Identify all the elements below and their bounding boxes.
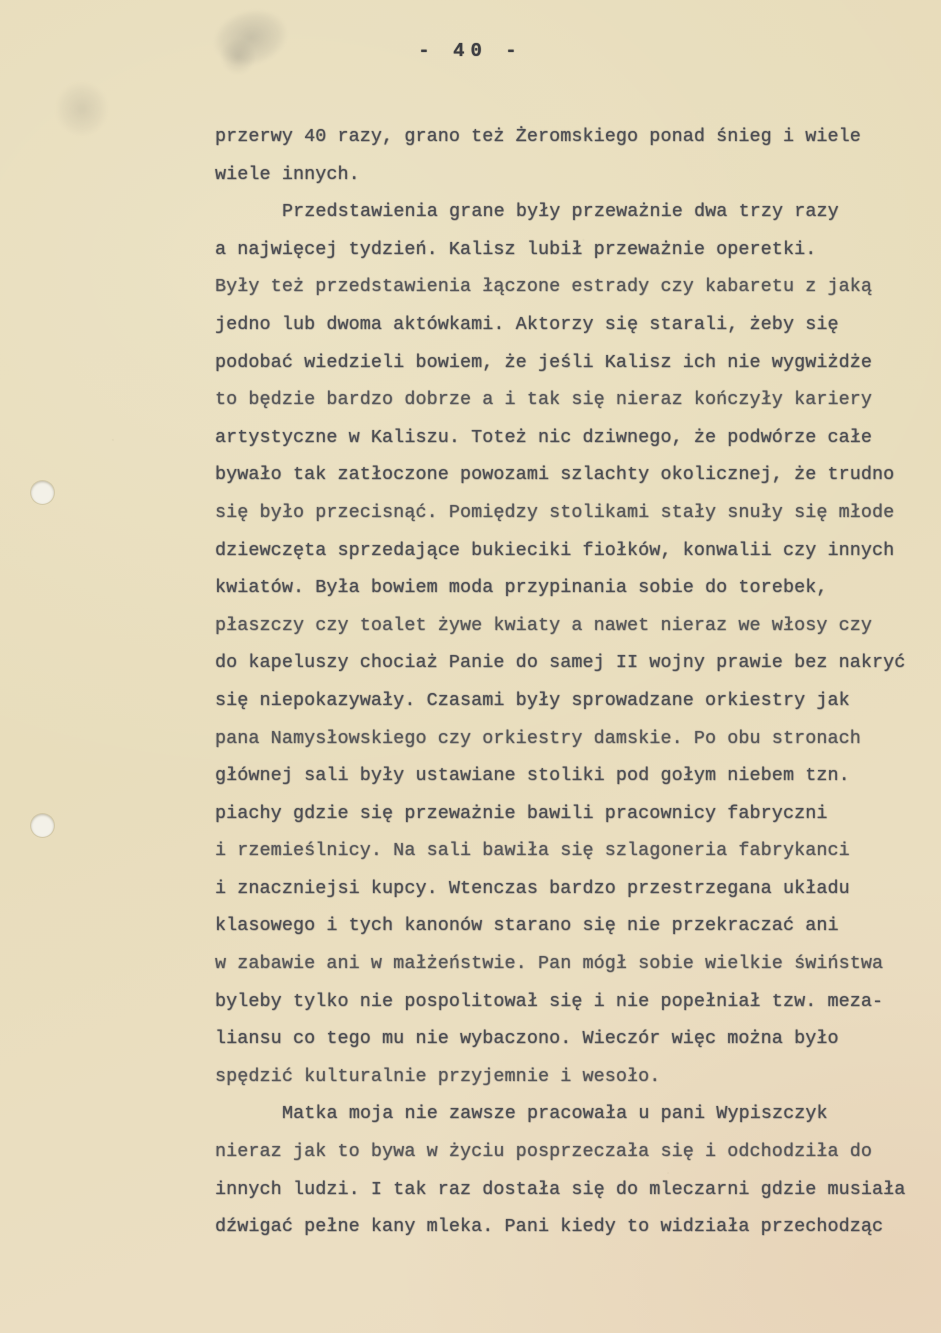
text-line: Matka moja nie zawsze pracowała u pani W… <box>215 1095 895 1133</box>
text-line: się niepokazywały. Czasami były sprowadz… <box>215 682 895 720</box>
text-line: artystyczne w Kaliszu. Toteż nic dziwneg… <box>215 419 895 457</box>
text-line: wiele innych. <box>215 156 895 194</box>
text-line: przerwy 40 razy, grano też Żeromskiego p… <box>215 118 895 156</box>
text-line: bywało tak zatłoczone powozami szlachty … <box>215 456 895 494</box>
text-line: kwiatów. Była bowiem moda przypinania so… <box>215 569 895 607</box>
text-line: w zabawie ani w małżeństwie. Pan mógł so… <box>215 945 895 983</box>
text-line: piachy gdzie się przeważnie bawili praco… <box>215 795 895 833</box>
paper-stain <box>52 78 112 140</box>
text-line: płaszczy czy toalet żywe kwiaty a nawet … <box>215 607 895 645</box>
text-line: i znaczniejsi kupcy. Wtenczas bardzo prz… <box>215 870 895 908</box>
text-line: do kapeluszy chociaż Panie do samej II w… <box>215 644 895 682</box>
text-line: dźwigać pełne kany mleka. Pani kiedy to … <box>215 1208 895 1246</box>
text-line: to będzie bardzo dobrze a i tak się nier… <box>215 381 895 419</box>
typewritten-text: przerwy 40 razy, grano też Żeromskiego p… <box>215 118 895 1246</box>
text-line: a najwięcej tydzień. Kalisz lubił przewa… <box>215 231 895 269</box>
text-line: nieraz jak to bywa w życiu posprzeczała … <box>215 1133 895 1171</box>
text-line: i rzemieślnicy. Na sali bawiła się szlag… <box>215 832 895 870</box>
text-line: podobać wiedzieli bowiem, że jeśli Kalis… <box>215 344 895 382</box>
text-line: innych ludzi. I tak raz dostała się do m… <box>215 1171 895 1209</box>
text-line: się było przecisnąć. Pomiędzy stolikami … <box>215 494 895 532</box>
text-line: jedno lub dwoma aktówkami. Aktorzy się s… <box>215 306 895 344</box>
scanned-page: - 40 - przerwy 40 razy, grano też Żeroms… <box>0 0 941 1333</box>
punch-hole <box>31 814 54 837</box>
text-line: spędzić kulturalnie przyjemnie i wesoło. <box>215 1058 895 1096</box>
text-line: klasowego i tych kanonów starano się nie… <box>215 907 895 945</box>
text-line: byleby tylko nie pospolitował się i nie … <box>215 983 895 1021</box>
text-line: Przedstawienia grane były przeważnie dwa… <box>215 193 895 231</box>
text-line: Były też przedstawienia łączone estrady … <box>215 268 895 306</box>
text-line: liansu co tego mu nie wybaczono. Wieczór… <box>215 1020 895 1058</box>
page-number: - 40 - <box>0 40 941 62</box>
text-line: głównej sali były ustawiane stoliki pod … <box>215 757 895 795</box>
text-line: pana Namysłowskiego czy orkiestry damski… <box>215 720 895 758</box>
text-line: dziewczęta sprzedające bukieciki fiołków… <box>215 532 895 570</box>
punch-hole <box>31 481 54 504</box>
